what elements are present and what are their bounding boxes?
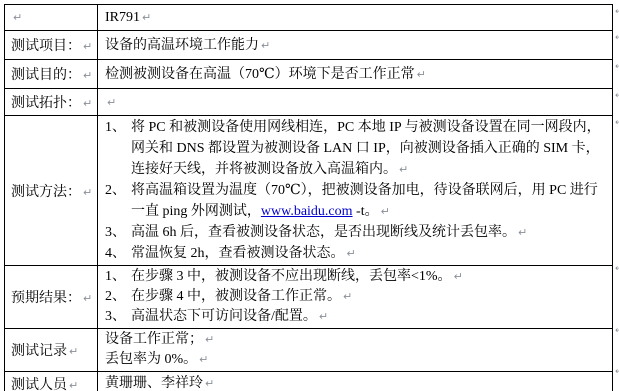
step-text: 高温状态下可访问设备/配置。↵	[131, 307, 608, 327]
paragraph-mark: ↵	[199, 353, 208, 366]
paragraph-mark: ↵	[417, 68, 426, 81]
row-label: 测试项目：	[11, 39, 81, 54]
paragraph-mark: ↵	[399, 163, 408, 176]
row-end-mark: ↵	[615, 63, 619, 72]
document-page: ↵ IR791↵ 测试项目：↵ 设备的高温环境工作能力↵ 测试目的：↵ 检测被测…	[0, 0, 619, 391]
method-step: 3、 高温 6h 后，查看被测设备状态，是否出现断线及统计丢包率。↵	[105, 222, 608, 243]
row-end-mark: ↵	[615, 368, 619, 377]
paragraph-mark: ↵	[142, 11, 151, 24]
tester-names: 黄珊珊、李祥玲	[105, 376, 203, 391]
paragraph-mark: ↵	[518, 226, 527, 239]
record-line: 设备工作正常；↵	[105, 330, 608, 350]
row-content-cell: 设备工作正常；↵ 丢包率为 0%。↵	[98, 329, 613, 372]
row-label: 预期结果：	[11, 291, 81, 306]
paragraph-mark: ↵	[319, 310, 328, 323]
method-step: 4、 常温恢复 2h，查看被测设备状态。↵	[105, 243, 608, 264]
row-end-mark: ↵	[615, 327, 619, 336]
paragraph-mark: ↵	[13, 11, 22, 24]
row-content-cell: ↵	[98, 89, 613, 116]
step-number: 2、	[105, 287, 131, 307]
table-row-method: 测试方法：↵ 1、 将 PC 和被测设备使用网线相连，PC 本地 IP 与被测设…	[5, 116, 613, 266]
row-end-mark: ↵	[615, 34, 619, 43]
step-number: 3、	[105, 307, 131, 327]
row-label: 测试拓扑：	[11, 96, 81, 111]
step-number: 1、	[105, 267, 131, 287]
step-body: -t。	[353, 204, 379, 219]
table-row-id: ↵ IR791↵	[5, 5, 613, 31]
paragraph-mark: ↵	[83, 292, 92, 305]
row-label: 测试记录	[11, 344, 67, 359]
row-content-cell: 1、 在步骤 3 中，被测设备不应出现断线，丢包率<1%。↵ 2、 在步骤 4 …	[98, 266, 613, 329]
row-label-cell: 测试方法：↵	[5, 116, 98, 266]
step-text: 常温恢复 2h，查看被测设备状态。↵	[131, 243, 608, 264]
paragraph-mark: ↵	[343, 290, 352, 303]
step-number: 4、	[105, 243, 131, 264]
paragraph-mark: ↵	[107, 96, 116, 109]
paragraph-mark: ↵	[205, 377, 214, 390]
record-text: 设备工作正常；	[105, 332, 203, 347]
expected-step: 1、 在步骤 3 中，被测设备不应出现断线，丢包率<1%。↵	[105, 267, 608, 287]
paragraph-mark: ↵	[69, 345, 78, 358]
paragraph-mark: ↵	[381, 205, 390, 218]
row-label: 测试方法：	[11, 185, 81, 200]
paragraph-mark: ↵	[83, 69, 92, 82]
row-end-mark: ↵	[615, 92, 619, 101]
expected-step: 2、 在步骤 4 中，被测设备工作正常。↵	[105, 287, 608, 307]
paragraph-mark: ↵	[261, 39, 270, 52]
paragraph-mark: ↵	[69, 379, 78, 391]
row-label-cell: 测试拓扑：↵	[5, 89, 98, 116]
row-label-cell: 测试项目：↵	[5, 31, 98, 60]
row-label-cell: 测试目的：↵	[5, 60, 98, 89]
table-row-purpose: 测试目的：↵ 检测被测设备在高温（70℃）环境下是否工作正常↵	[5, 60, 613, 89]
table-row-testers: 测试人员↵ 黄珊珊、李祥玲↵	[5, 372, 613, 391]
paragraph-mark: ↵	[205, 333, 214, 346]
row-content-cell: 黄珊珊、李祥玲↵	[98, 372, 613, 391]
paragraph-mark: ↵	[347, 247, 356, 260]
paragraph-mark: ↵	[83, 186, 92, 199]
step-text: 高温 6h 后，查看被测设备状态，是否出现断线及统计丢包率。↵	[131, 222, 608, 243]
row-label: 测试目的：	[11, 68, 81, 83]
row-content-cell: IR791↵	[98, 5, 613, 31]
test-case-id: IR791	[105, 10, 140, 25]
row-end-mark: ↵	[615, 265, 619, 274]
step-body: 高温 6h 后，查看被测设备状态，是否出现断线及统计丢包率。	[131, 225, 516, 240]
method-step: 1、 将 PC 和被测设备使用网线相连，PC 本地 IP 与被测设备设置在同一网…	[105, 117, 608, 180]
expected-step: 3、 高温状态下可访问设备/配置。↵	[105, 307, 608, 327]
step-body: 高温状态下可访问设备/配置。	[131, 309, 317, 324]
test-case-table: ↵ IR791↵ 测试项目：↵ 设备的高温环境工作能力↵ 测试目的：↵ 检测被测…	[4, 4, 613, 391]
baidu-link[interactable]: www.baidu.com	[261, 204, 353, 219]
test-purpose-value: 检测被测设备在高温（70℃）环境下是否工作正常	[105, 67, 415, 82]
step-number: 3、	[105, 222, 131, 243]
row-content-cell: 1、 将 PC 和被测设备使用网线相连，PC 本地 IP 与被测设备设置在同一网…	[98, 116, 613, 266]
row-content-cell: 检测被测设备在高温（70℃）环境下是否工作正常↵	[98, 60, 613, 89]
row-end-mark: ↵	[615, 119, 619, 128]
step-text: 将 PC 和被测设备使用网线相连，PC 本地 IP 与被测设备设置在同一网段内，…	[131, 117, 608, 180]
step-text: 将高温箱设置为温度（70℃），把被测设备加电，待设备联网后，用 PC 进行一直 …	[131, 180, 608, 222]
test-project-value: 设备的高温环境工作能力	[105, 38, 259, 53]
step-body: 在步骤 4 中，被测设备工作正常。	[131, 289, 341, 304]
row-label-cell: 测试人员↵	[5, 372, 98, 391]
record-text: 丢包率为 0%。	[105, 352, 197, 367]
step-body: 在步骤 3 中，被测设备不应出现断线，丢包率<1%。	[131, 269, 452, 284]
step-text: 在步骤 4 中，被测设备工作正常。↵	[131, 287, 608, 307]
table-row-project: 测试项目：↵ 设备的高温环境工作能力↵	[5, 31, 613, 60]
row-label-cell: 预期结果：↵	[5, 266, 98, 329]
step-number: 1、	[105, 117, 131, 138]
table-row-topology: 测试拓扑：↵ ↵	[5, 89, 613, 116]
row-content-cell: 设备的高温环境工作能力↵	[98, 31, 613, 60]
paragraph-mark: ↵	[454, 270, 463, 283]
method-step: 2、 将高温箱设置为温度（70℃），把被测设备加电，待设备联网后，用 PC 进行…	[105, 180, 608, 222]
row-label-cell: ↵	[5, 5, 98, 31]
table-row-record: 测试记录↵ 设备工作正常；↵ 丢包率为 0%。↵	[5, 329, 613, 372]
table-row-expected: 预期结果：↵ 1、 在步骤 3 中，被测设备不应出现断线，丢包率<1%。↵ 2、…	[5, 266, 613, 329]
step-text: 在步骤 3 中，被测设备不应出现断线，丢包率<1%。↵	[131, 267, 608, 287]
step-number: 2、	[105, 180, 131, 201]
record-line: 丢包率为 0%。↵	[105, 350, 608, 370]
step-body: 常温恢复 2h，查看被测设备状态。	[131, 246, 345, 261]
row-label-cell: 测试记录↵	[5, 329, 98, 372]
row-end-mark: ↵	[615, 8, 619, 17]
row-label: 测试人员	[11, 378, 67, 391]
paragraph-mark: ↵	[83, 40, 92, 53]
paragraph-mark: ↵	[83, 97, 92, 110]
step-body: 将 PC 和被测设备使用网线相连，PC 本地 IP 与被测设备设置在同一网段内，…	[131, 120, 601, 177]
